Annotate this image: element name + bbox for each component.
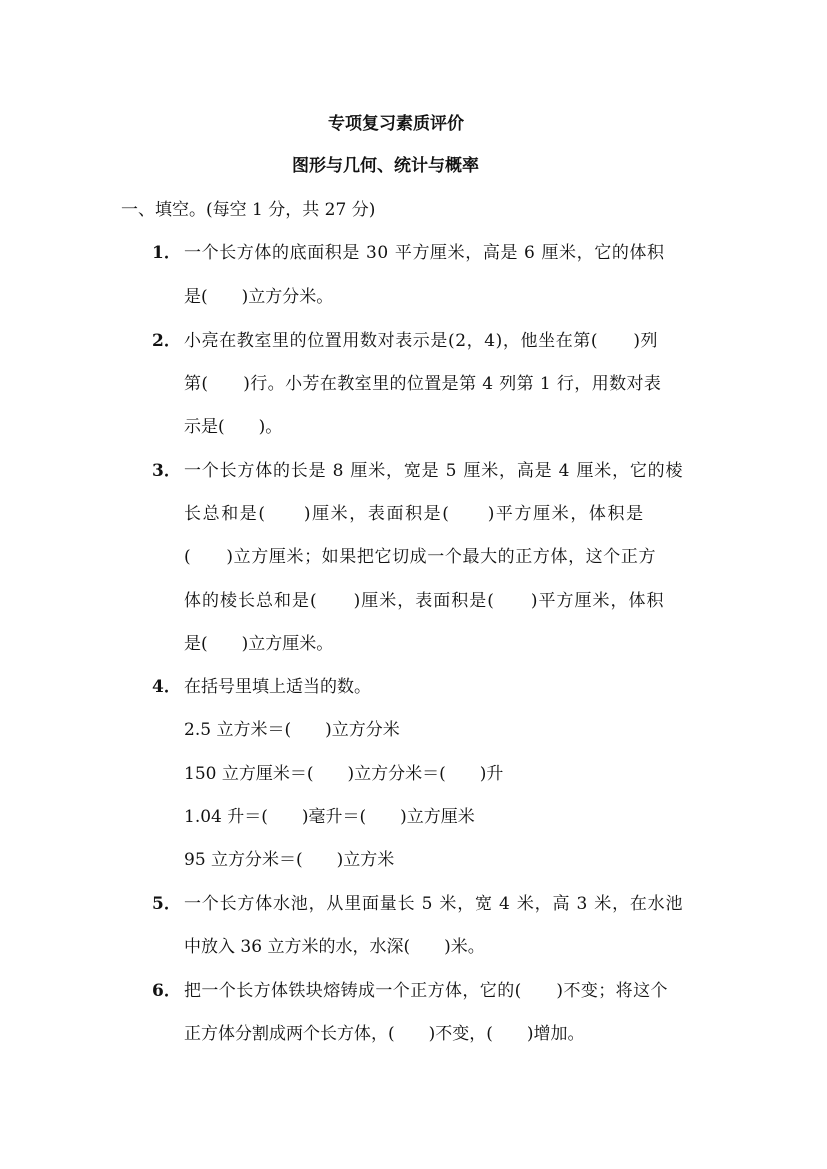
question-text: 第( )行。小芳在教室里的位置是第 4 列第 1 行，用数对表 bbox=[184, 373, 661, 395]
question-text: 体的棱长总和是( )厘米，表面积是( )平方厘米，体积 bbox=[184, 590, 665, 612]
question-text: 正方体分割成两个长方体，( )不变，( )增加。 bbox=[184, 1023, 585, 1045]
question-text: 一个长方体的底面积是 30 平方厘米，高是 6 厘米，它的体积 bbox=[184, 242, 665, 264]
question-text: 示是( )。 bbox=[184, 416, 282, 438]
question-number: 5． bbox=[152, 893, 181, 915]
question-text: 中放入 36 立方米的水，水深( )米。 bbox=[184, 936, 485, 958]
question-text: 在括号里填上适当的数。 bbox=[184, 676, 371, 698]
question-text: 一个长方体的长是 8 厘米，宽是 5 厘米，高是 4 厘米，它的棱 bbox=[184, 460, 683, 482]
question-text: 是( )立方厘米。 bbox=[184, 633, 333, 655]
conversion-line: 1.04 升＝( )毫升＝( )立方厘米 bbox=[184, 806, 475, 828]
question-text: 把一个长方体铁块熔铸成一个正方体，它的( )不变；将这个 bbox=[184, 980, 668, 1002]
question-number: 2． bbox=[152, 330, 181, 352]
conversion-line: 95 立方分米＝( )立方米 bbox=[184, 849, 394, 871]
question-number: 3． bbox=[152, 460, 181, 482]
question-number: 6． bbox=[152, 980, 181, 1002]
question-text: 一个长方体水池，从里面量长 5 米，宽 4 米，高 3 米，在水池 bbox=[184, 893, 683, 915]
question-text: 长总和是( )厘米，表面积是( )平方厘米，体积是 bbox=[184, 503, 645, 525]
question-number: 1． bbox=[152, 242, 181, 264]
question-text: ( )立方厘米；如果把它切成一个最大的正方体，这个正方 bbox=[184, 546, 656, 568]
question-text: 是( )立方分米。 bbox=[184, 286, 333, 308]
section-heading: 一、填空。(每空 1 分，共 27 分) bbox=[121, 199, 375, 221]
conversion-line: 150 立方厘米＝( )立方分米＝( )升 bbox=[184, 763, 503, 785]
question-number: 4． bbox=[152, 676, 181, 698]
document-title: 专项复习素质评价 bbox=[328, 113, 464, 135]
question-text: 小亮在教室里的位置用数对表示是(2，4)，他坐在第( )列 bbox=[184, 330, 658, 352]
document-subtitle: 图形与几何、统计与概率 bbox=[292, 155, 479, 177]
conversion-line: 2.5 立方米＝( )立方分米 bbox=[184, 719, 400, 741]
